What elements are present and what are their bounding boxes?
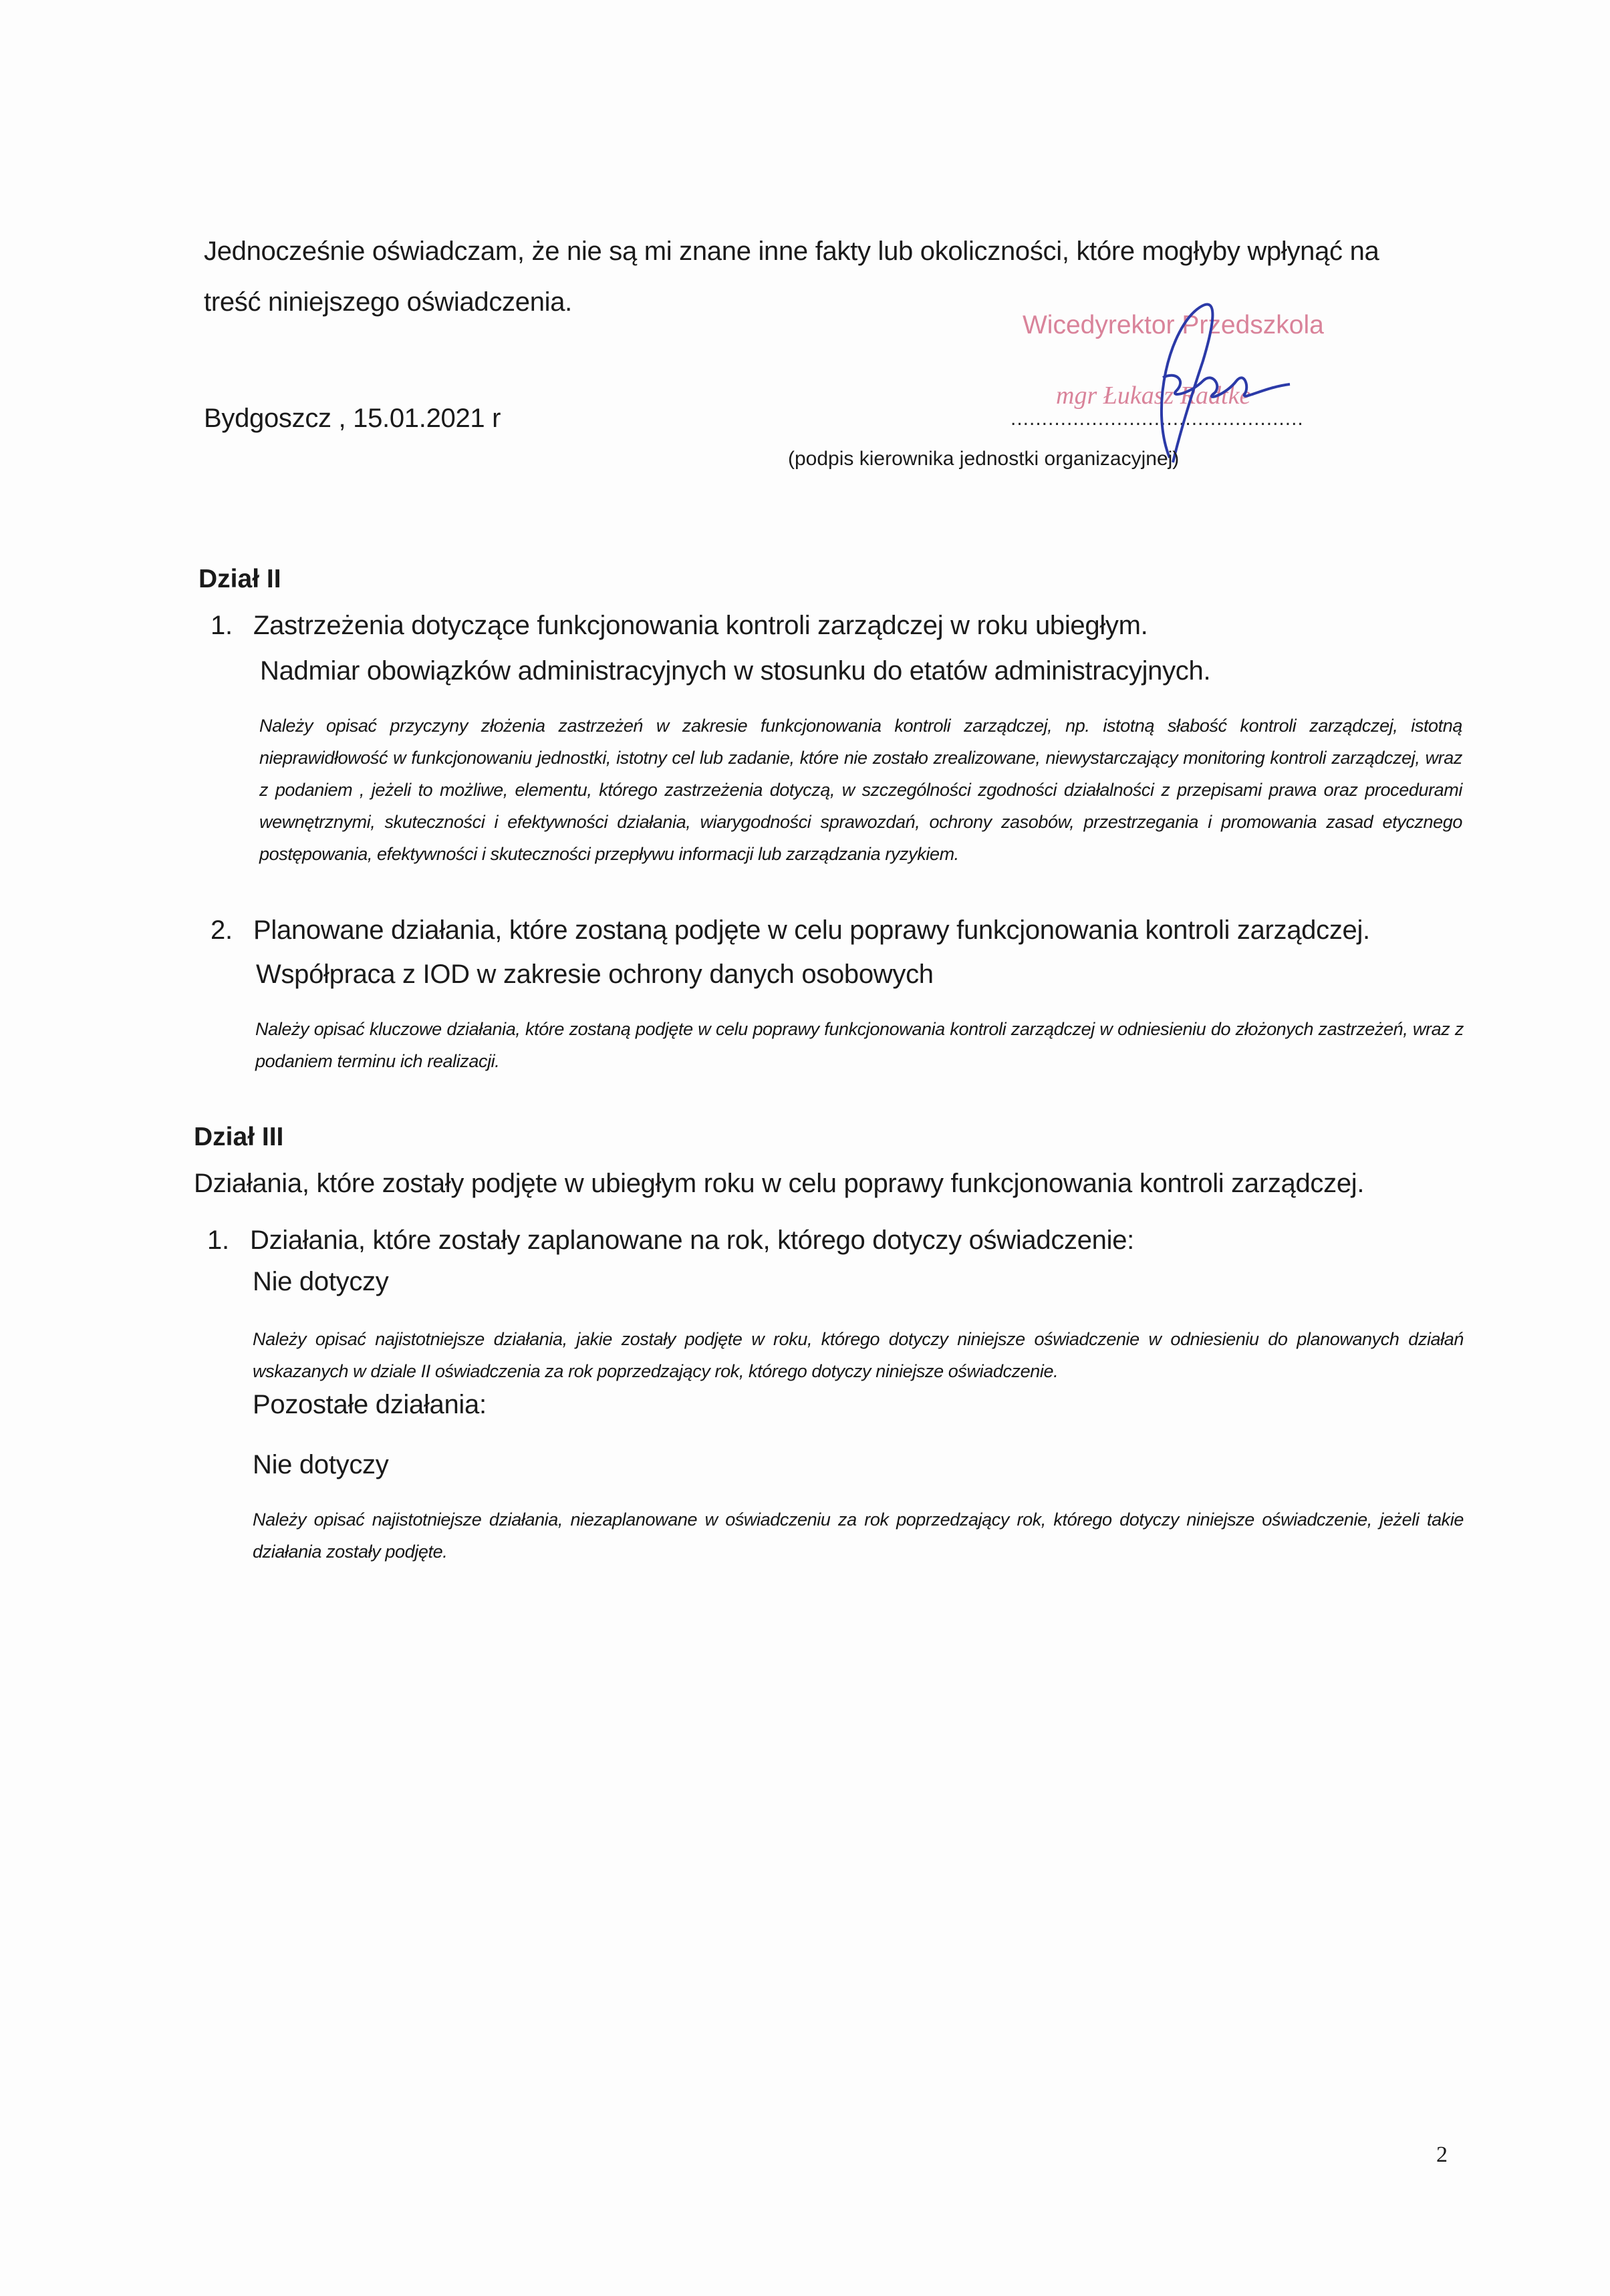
section-3-other-note: Należy opisać najistotniejsze działania,… [253,1503,1464,1568]
section-2-title: Dział II [198,565,281,594]
signature-block: Wicedyrektor Przedszkola mgr Łukasz Radt… [789,287,1390,481]
section-3-item-1-note: Należy opisać najistotniejsze działania,… [253,1323,1464,1387]
item-answer: Nadmiar obowiązków administracyjnych w s… [260,655,1480,687]
signature-caption: (podpis kierownika jednostki organizacyj… [788,448,1179,470]
section-3-subtitle: Działania, które zostały podjęte w ubieg… [194,1167,1364,1199]
item-heading: Zastrzeżenia dotyczące funkcjonowania ko… [253,611,1148,640]
item-number: 2. [211,914,253,946]
item-answer: Współpraca z IOD w zakresie ochrony dany… [256,958,1480,990]
section-3-item-1-heading-row: 1.Działania, które zostały zaplanowane n… [207,1224,1477,1256]
section-2-item-1-note: Należy opisać przyczyny złożenia zastrze… [259,710,1462,870]
section-3-title: Dział III [194,1123,283,1152]
section-3-other-answer: Nie dotyczy [253,1449,388,1481]
page-number: 2 [1436,2142,1448,2168]
section-2-item-2-note: Należy opisać kluczowe działania, które … [255,1013,1464,1077]
item-heading: Planowane działania, które zostaną podję… [253,915,1370,945]
item-number: 1. [207,1224,250,1256]
item-answer: Nie dotyczy [253,1266,1477,1298]
section-3-other-heading: Pozostałe działania: [253,1389,487,1421]
item-heading: Działania, które zostały zaplanowane na … [250,1226,1134,1255]
section-2-item-2: 2.Planowane działania, które zostaną pod… [211,914,1480,990]
section-3-item-1: 1.Działania, które zostały zaplanowane n… [207,1224,1477,1298]
item-number: 1. [211,609,253,641]
handwritten-signature-icon [1069,287,1337,468]
section-2-item-1-heading-row: 1.Zastrzeżenia dotyczące funkcjonowania … [211,609,1480,641]
section-2-item-2-heading-row: 2.Planowane działania, które zostaną pod… [211,914,1480,946]
bleed-through-artifact [735,134,741,160]
place-date: Bydgoszcz , 15.01.2021 r [204,402,501,434]
intro-line-1: Jednocześnie oświadczam, że nie są mi zn… [204,235,1474,267]
section-2-item-1: 1.Zastrzeżenia dotyczące funkcjonowania … [211,609,1480,687]
